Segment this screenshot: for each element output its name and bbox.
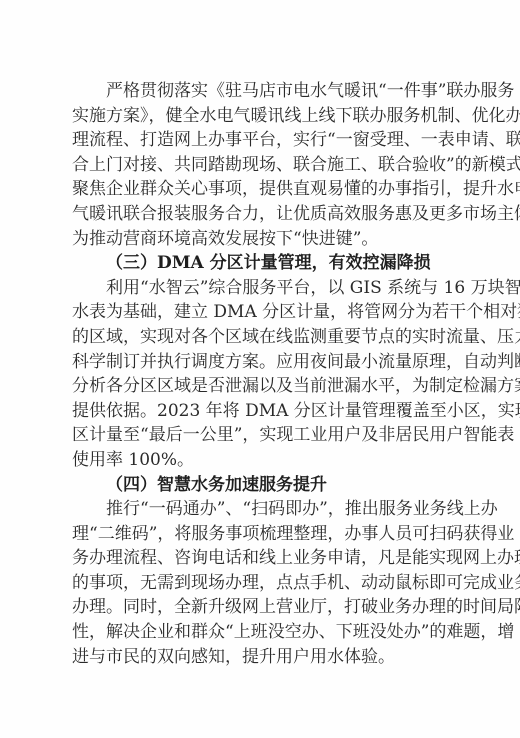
- paragraph-line: 理“二维码”，将服务事项梳理整理，办事人员可扫码获得业: [72, 522, 450, 547]
- paragraph-line: 为推动营商环境高效发展按下“快进键”。: [72, 227, 450, 252]
- paragraph-line: 利用“水智云”综合服务平台，以 GIS 系统与 16 万块智能: [72, 276, 450, 301]
- paragraph-line: 的事项，无需到现场办理，点点手机、动动鼠标即可完成业务: [72, 571, 450, 596]
- paragraph-line: 合上门对接、共同踏勘现场、联合施工、联合验收”的新模式。: [72, 153, 450, 178]
- paragraph-line: 务办理流程、咨询电话和线上业务申请，凡是能实现网上办理: [72, 546, 450, 571]
- paragraph-line: 进与市民的双向感知，提升用户用水体验。: [72, 645, 450, 670]
- paragraph-line: 分析各分区区域是否泄漏以及当前泄漏水平，为制定检漏方案: [72, 374, 450, 399]
- paragraph-line: 水表为基础，建立 DMA 分区计量，将管网分为若干个相对独立: [72, 300, 450, 325]
- paragraph-line: 气暖讯联合报装服务合力，让优质高效服务惠及更多市场主体，: [72, 202, 450, 227]
- paragraph-line: 实施方案》，健全水电气暖讯线上线下联办服务机制、优化办: [72, 104, 450, 129]
- paragraph-line: 科学制订并执行调度方案。应用夜间最小流量原理，自动判断、: [72, 350, 450, 375]
- document-page: 严格贯彻落实《驻马店市电水气暖讯“一件事”联办服务 实施方案》，健全水电气暖讯线…: [0, 0, 520, 738]
- paragraph-line: 办理。同时，全新升级网上营业厅，打破业务办理的时间局限: [72, 595, 450, 620]
- paragraph-line: 提供依据。2023 年将 DMA 分区计量管理覆盖至小区，实现分: [72, 399, 450, 424]
- document-body: 严格贯彻落实《驻马店市电水气暖讯“一件事”联办服务 实施方案》，健全水电气暖讯线…: [72, 79, 450, 669]
- paragraph-line: 区计量至“最后一公里”，实现工业用户及非居民用户智能表: [72, 423, 450, 448]
- paragraph-line: 性，解决企业和群众“上班没空办、下班没处办”的难题，增: [72, 620, 450, 645]
- section-heading-dma: （三）DMA 分区计量管理，有效控漏降损: [72, 251, 450, 276]
- paragraph-line: 推行“一码通办”、“扫码即办”，推出服务业务线上办: [72, 497, 450, 522]
- paragraph-line: 聚焦企业群众关心事项，提供直观易懂的办事指引，提升水电: [72, 177, 450, 202]
- paragraph-line: 理流程、打造网上办事平台，实行“一窗受理、一表申请、联: [72, 128, 450, 153]
- section-heading-smart-water: （四）智慧水务加速服务提升: [72, 473, 450, 498]
- paragraph-line: 使用率 100%。: [72, 448, 450, 473]
- paragraph-line: 的区域，实现对各个区域在线监测重要节点的实时流量、压力，: [72, 325, 450, 350]
- paragraph-line: 严格贯彻落实《驻马店市电水气暖讯“一件事”联办服务: [72, 79, 450, 104]
